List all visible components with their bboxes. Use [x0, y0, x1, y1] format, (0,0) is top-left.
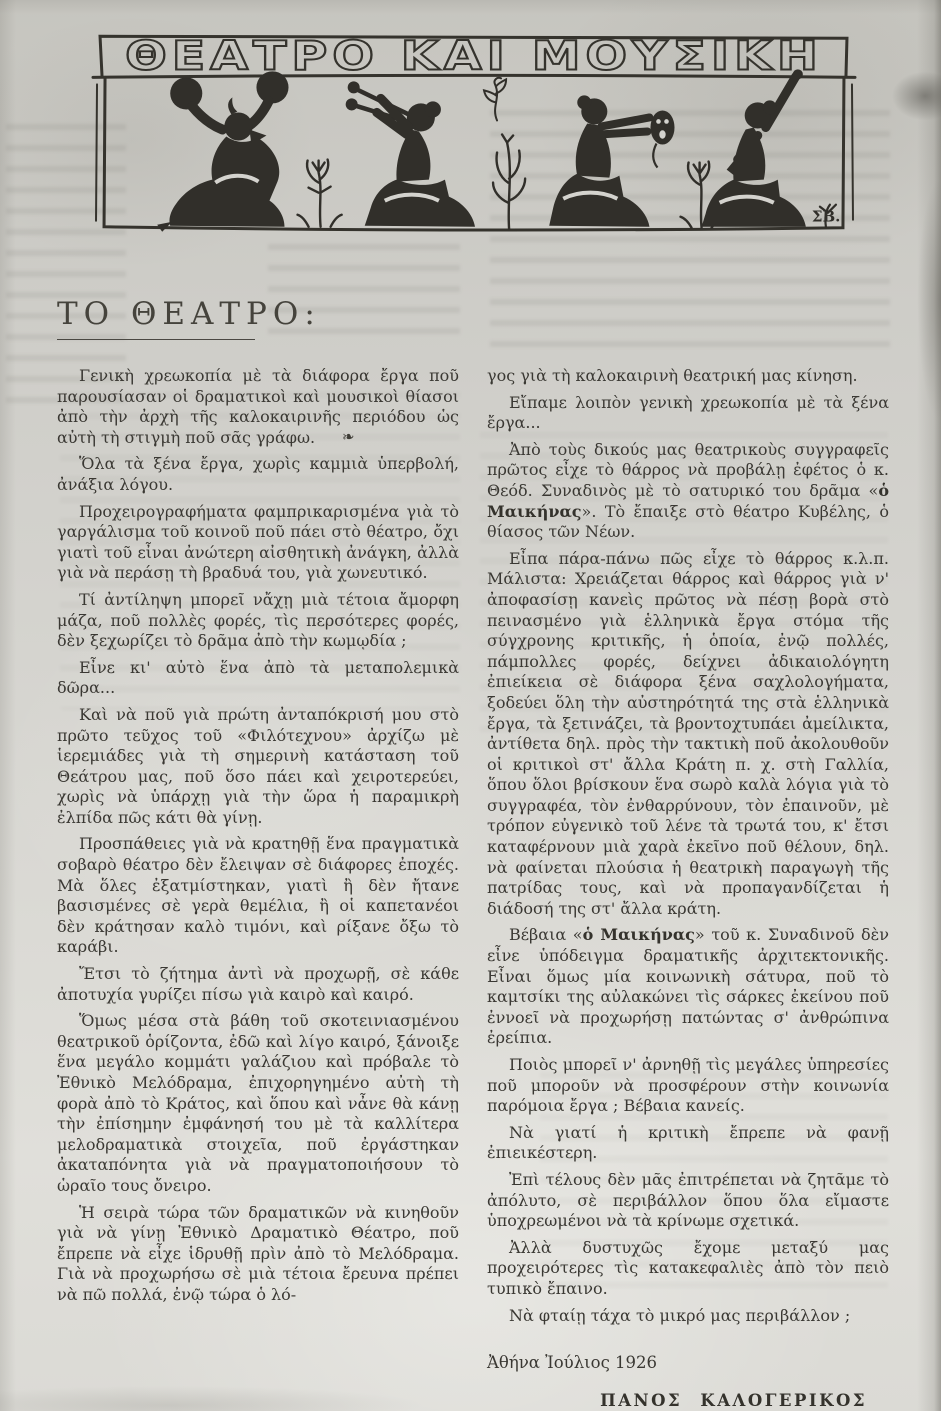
text-run: Ὅμως μέσα στὰ βάθη τοῦ σκοτεινιασμένου θ… — [57, 1011, 459, 1195]
article-paragraph: Τί ἀντίληψη μπορεῖ νἄχῃ μιὰ τέτοια ἄμορφ… — [57, 590, 459, 652]
flute-player-figure — [346, 81, 475, 226]
title-underline — [57, 339, 255, 340]
text-run: Ἡ σειρὰ τώρα τῶν δραματικῶν νὰ κινηθοῦν … — [57, 1203, 459, 1304]
magazine-page: ΘΕΑΤΡΟ ΚΑΙ ΜΟΥΣΙΚΗ — [0, 0, 941, 1411]
article-paragraph: Εἴπαμε λοιπὸν γενικὴ χρεωκοπία μὲ τὰ ξέν… — [487, 393, 889, 434]
text-run: Γενικὴ χρεωκοπία μὲ τὰ διάφορα ἔργα ποῦ … — [57, 366, 459, 447]
article-paragraph: Προχειρογραφήματα φαμπρικαρισμένα γιὰ τὸ… — [57, 502, 459, 584]
text-run: Τί ἀντίληψη μπορεῖ νἄχῃ μιὰ τέτοια ἄμορφ… — [57, 590, 459, 650]
fleuron-ornament: ❧ — [319, 426, 355, 450]
text-run: Νὰ φταίῃ τάχα τὸ μικρό μας περιβάλλον ; — [509, 1306, 850, 1325]
text-run: Ποιὸς μπορεῖ ν' ἀρνηθῇ τὶς μεγάλες ὑπηρε… — [487, 1055, 889, 1115]
article-paragraph: γος γιὰ τὴ καλοκαιρινὴ θεατρική μας κίνη… — [487, 366, 889, 387]
article-paragraph: Καὶ νὰ ποῦ γιὰ πρώτη ἀνταπόκρισή μου στὸ… — [57, 705, 459, 829]
text-run: Εἶνε κι' αὐτὸ ἕνα ἀπὸ τὰ μεταπολεμικὰ δῶ… — [57, 658, 459, 698]
text-run: Εἴπαμε λοιπὸν γενικὴ χρεωκοπία μὲ τὰ ξέν… — [487, 393, 889, 433]
article-header: ΤΟ ΘΕΑΤΡΟ: — [57, 296, 321, 340]
article-title: ΤΟ ΘΕΑΤΡΟ: — [57, 296, 321, 332]
grass-plant — [493, 135, 525, 229]
text-run: Ὅλα τὰ ξένα ἔργα, χωρὶς καμμιὰ ὑπερβολή,… — [57, 454, 459, 494]
text-run: Ἔτσι τὸ ζήτημα ἀντὶ νὰ προχωρῇ, σὲ κάθε … — [57, 964, 459, 1004]
dateline: Ἀθήνα Ἰούλιος 1926 — [487, 1352, 889, 1373]
article-paragraph: Νὰ φταίῃ τάχα τὸ μικρό μας περιβάλλον ; — [487, 1306, 889, 1327]
article-paragraph: Ὅλα τὰ ξένα ἔργα, χωρὶς καμμιὰ ὑπερβολή,… — [57, 454, 459, 495]
text-run: Ἀλλὰ δυστυχῶς ἔχομε μεταξύ μας προχειρότ… — [487, 1238, 889, 1298]
text-run: Ἐπὶ τέλους δὲν μᾶς ἐπιτρέπεται νὰ ζητᾶμε… — [487, 1170, 889, 1230]
cymbal-player-figure — [157, 71, 288, 231]
article-paragraph: Ἀπὸ τοὺς δικούς μας θεατρικοὺς συγγραφεῖ… — [487, 440, 889, 543]
banner-title: ΘΕΑΤΡΟ ΚΑΙ ΜΟΥΣΙΚΗ — [125, 33, 823, 79]
article-paragraph: Εἶπα πάρα-πάνω πῶς εἶχε τὸ θάρρος κ.λ.π.… — [487, 549, 889, 920]
mask-holder-figure — [549, 95, 674, 226]
article-body: Γενικὴ χρεωκοπία μὲ τὰ διάφορα ἔργα ποῦ … — [57, 366, 889, 1410]
left-paragraphs: Γενικὴ χρεωκοπία μὲ τὰ διάφορα ἔργα ποῦ … — [57, 366, 459, 1306]
text-run: Καὶ νὰ ποῦ γιὰ πρώτη ἀνταπόκρισή μου στὸ… — [57, 705, 459, 827]
article-paragraph: Νὰ γιατί ἡ κριτικὴ ἔπρεπε νὰ φανῇ ἐπιεικ… — [487, 1123, 889, 1164]
text-run: Βέβαια « — [509, 925, 583, 944]
article-paragraph: Ἀλλὰ δυστυχῶς ἔχομε μεταξύ μας προχειρότ… — [487, 1238, 889, 1300]
banner-illustration: ΘΕΑΤΡΟ ΚΑΙ ΜΟΥΣΙΚΗ — [88, 30, 860, 236]
left-column: Γενικὴ χρεωκοπία μὲ τὰ διάφορα ἔργα ποῦ … — [57, 366, 459, 1410]
vine-sprig — [484, 78, 506, 121]
bold-phrase: ὁ Μαικήνας — [583, 925, 695, 944]
dancer-figure — [702, 69, 806, 226]
byline: ΠΑΝΟΣ ΚΑΛΟΓΕΡΙΚΟΣ — [487, 1391, 867, 1410]
text-run: Εἶπα πάρα-πάνω πῶς εἶχε τὸ θάρρος κ.λ.π.… — [487, 549, 889, 918]
article-paragraph: Ὅμως μέσα στὰ βάθη τοῦ σκοτεινιασμένου θ… — [57, 1011, 459, 1196]
article-paragraph: Ἡ σειρὰ τώρα τῶν δραματικῶν νὰ κινηθοῦν … — [57, 1203, 459, 1306]
artist-signature: ΣΒ. — [812, 208, 841, 226]
text-run: γος γιὰ τὴ καλοκαιρινὴ θεατρική μας κίνη… — [487, 366, 858, 385]
article-paragraph: Προσπάθειες γιὰ νὰ κρατηθῇ ἕνα πραγματικ… — [57, 834, 459, 958]
right-paragraphs: γος γιὰ τὴ καλοκαιρινὴ θεατρική μας κίνη… — [487, 366, 889, 1326]
text-run: Ἀπὸ τοὺς δικούς μας θεατρικοὺς συγγραφεῖ… — [487, 440, 889, 500]
article-paragraph: Ποιὸς μπορεῖ ν' ἀρνηθῇ τὶς μεγάλες ὑπηρε… — [487, 1055, 889, 1117]
flower-plant — [298, 160, 342, 227]
text-run: Προσπάθειες γιὰ νὰ κρατηθῇ ἕνα πραγματικ… — [57, 834, 459, 956]
article-paragraph: Γενικὴ χρεωκοπία μὲ τὰ διάφορα ἔργα ποῦ … — [57, 366, 459, 448]
article-paragraph: Ἔτσι τὸ ζήτημα ἀντὶ νὰ προχωρῇ, σὲ κάθε … — [57, 964, 459, 1005]
article-paragraph: Ἐπὶ τέλους δὲν μᾶς ἐπιτρέπεται νὰ ζητᾶμε… — [487, 1170, 889, 1232]
article-paragraph: Εἶνε κι' αὐτὸ ἕνα ἀπὸ τὰ μεταπολεμικὰ δῶ… — [57, 658, 459, 699]
text-run: Νὰ γιατί ἡ κριτικὴ ἔπρεπε νὰ φανῇ ἐπιεικ… — [487, 1123, 889, 1163]
banner-figures: ΣΒ. — [157, 69, 840, 231]
right-column: γος γιὰ τὴ καλοκαιρινὴ θεατρική μας κίνη… — [487, 366, 889, 1410]
text-run: Προχειρογραφήματα φαμπρικαρισμένα γιὰ τὸ… — [57, 502, 459, 583]
article-paragraph: Βέβαια «ὁ Μαικήνας» τοῦ κ. Συναδινοῦ δὲν… — [487, 925, 889, 1049]
